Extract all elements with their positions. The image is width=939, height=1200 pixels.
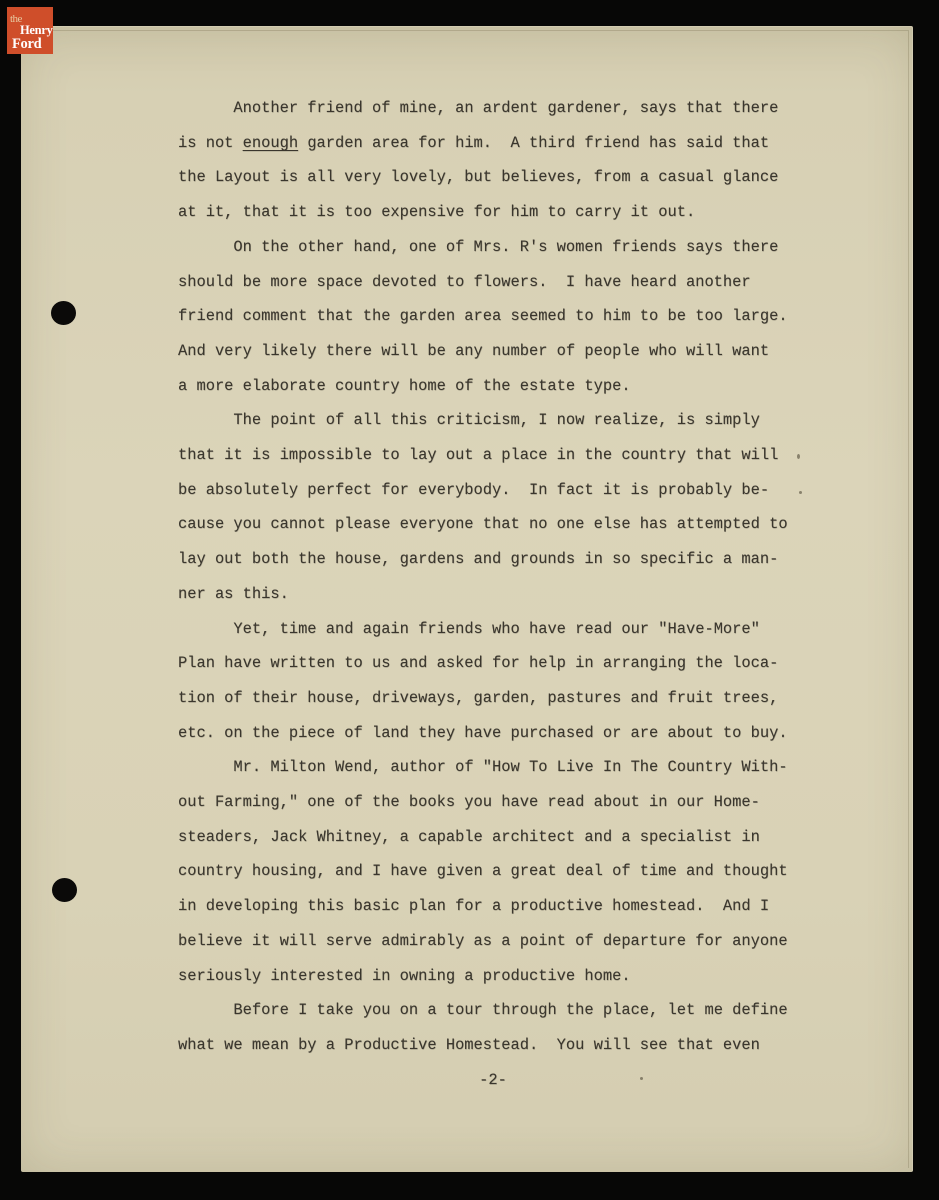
page-number: -2-: [178, 1063, 808, 1098]
scan-speck: [640, 1077, 643, 1080]
paragraph-3: The point of all this criticism, I now r…: [178, 403, 808, 611]
typewritten-text: Another friend of mine, an ardent garden…: [178, 91, 808, 1097]
scan-background: Another friend of mine, an ardent garden…: [0, 0, 939, 1200]
document-page: Another friend of mine, an ardent garden…: [21, 26, 913, 1172]
logo-word-henry: Henry: [20, 24, 53, 37]
paragraph-1: Another friend of mine, an ardent garden…: [178, 91, 808, 230]
paragraph-5: Mr. Milton Wend, author of "How To Live …: [178, 750, 808, 993]
logo-word-ford: Ford: [12, 37, 41, 52]
paragraph-2: On the other hand, one of Mrs. R's women…: [178, 230, 808, 404]
hole-punch-top: [51, 301, 76, 325]
paragraph-6: Before I take you on a tour through the …: [178, 993, 808, 1062]
underlined-word: enough: [243, 134, 298, 152]
hole-punch-bottom: [52, 878, 77, 902]
scan-speck: [799, 491, 802, 494]
scan-speck: [797, 454, 800, 459]
paragraph-4: Yet, time and again friends who have rea…: [178, 612, 808, 751]
henry-ford-logo: the Henry Ford: [7, 7, 53, 54]
